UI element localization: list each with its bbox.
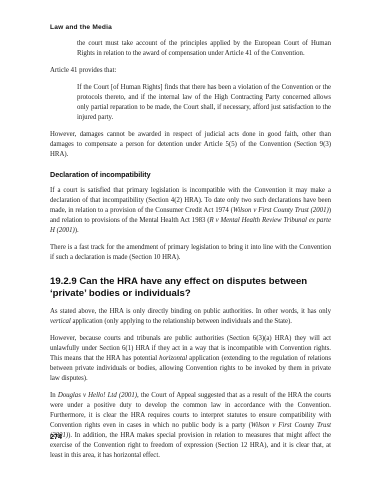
paragraph: However, damages cannot be awarded in re… [50, 130, 331, 160]
text-run: As stated above, the HRA is only directl… [50, 308, 331, 315]
text-run: Article 41 provides that: [50, 67, 116, 74]
text-run: the court must take account of the princ… [77, 40, 331, 57]
running-header: Law and the Media [50, 24, 331, 32]
blockquote: the court must take account of the princ… [77, 39, 331, 59]
paragraph: If a court is satisfied that primary leg… [50, 186, 331, 236]
text-run: However, damages cannot be awarded in re… [50, 131, 331, 158]
text-run: There is a fast track for the amendment … [50, 244, 331, 261]
page-number: 274 [50, 432, 62, 441]
text-run: Wilson v First County Trust (2001) [233, 207, 329, 214]
text-run: ). In addition, the HRA makes special pr… [50, 432, 331, 459]
paragraph: In Douglas v Hello! Ltd (2001), the Cour… [50, 391, 331, 461]
blockquote: If the Court [of Human Rights] finds tha… [77, 83, 331, 123]
text-run: 19.2.9 Can the HRA have any effect on di… [50, 276, 307, 299]
page-content-area: Law and the Media the court must take ac… [50, 24, 331, 461]
section-heading: 19.2.9 Can the HRA have any effect on di… [50, 276, 331, 300]
text-run: Declaration of incompatibility [50, 170, 151, 179]
text-run: If the Court [of Human Rights] finds tha… [77, 84, 331, 121]
paragraph: Article 41 provides that: [50, 66, 331, 76]
page-content: the court must take account of the princ… [50, 39, 331, 461]
book-page: Law and the Media the court must take ac… [0, 0, 369, 480]
text-run: ). [75, 227, 79, 234]
text-run: vertical [50, 318, 71, 325]
subheading: Declaration of incompatibility [50, 170, 331, 179]
text-run: In [50, 392, 58, 399]
text-run: horizontal [159, 355, 187, 362]
paragraph: However, because courts and tribunals ar… [50, 334, 331, 384]
paragraph: There is a fast track for the amendment … [50, 243, 331, 263]
text-run: Douglas v Hello! Ltd (2001) [58, 392, 137, 399]
paragraph: As stated above, the HRA is only directl… [50, 307, 331, 327]
text-run: application (only applying to the relati… [71, 318, 292, 325]
